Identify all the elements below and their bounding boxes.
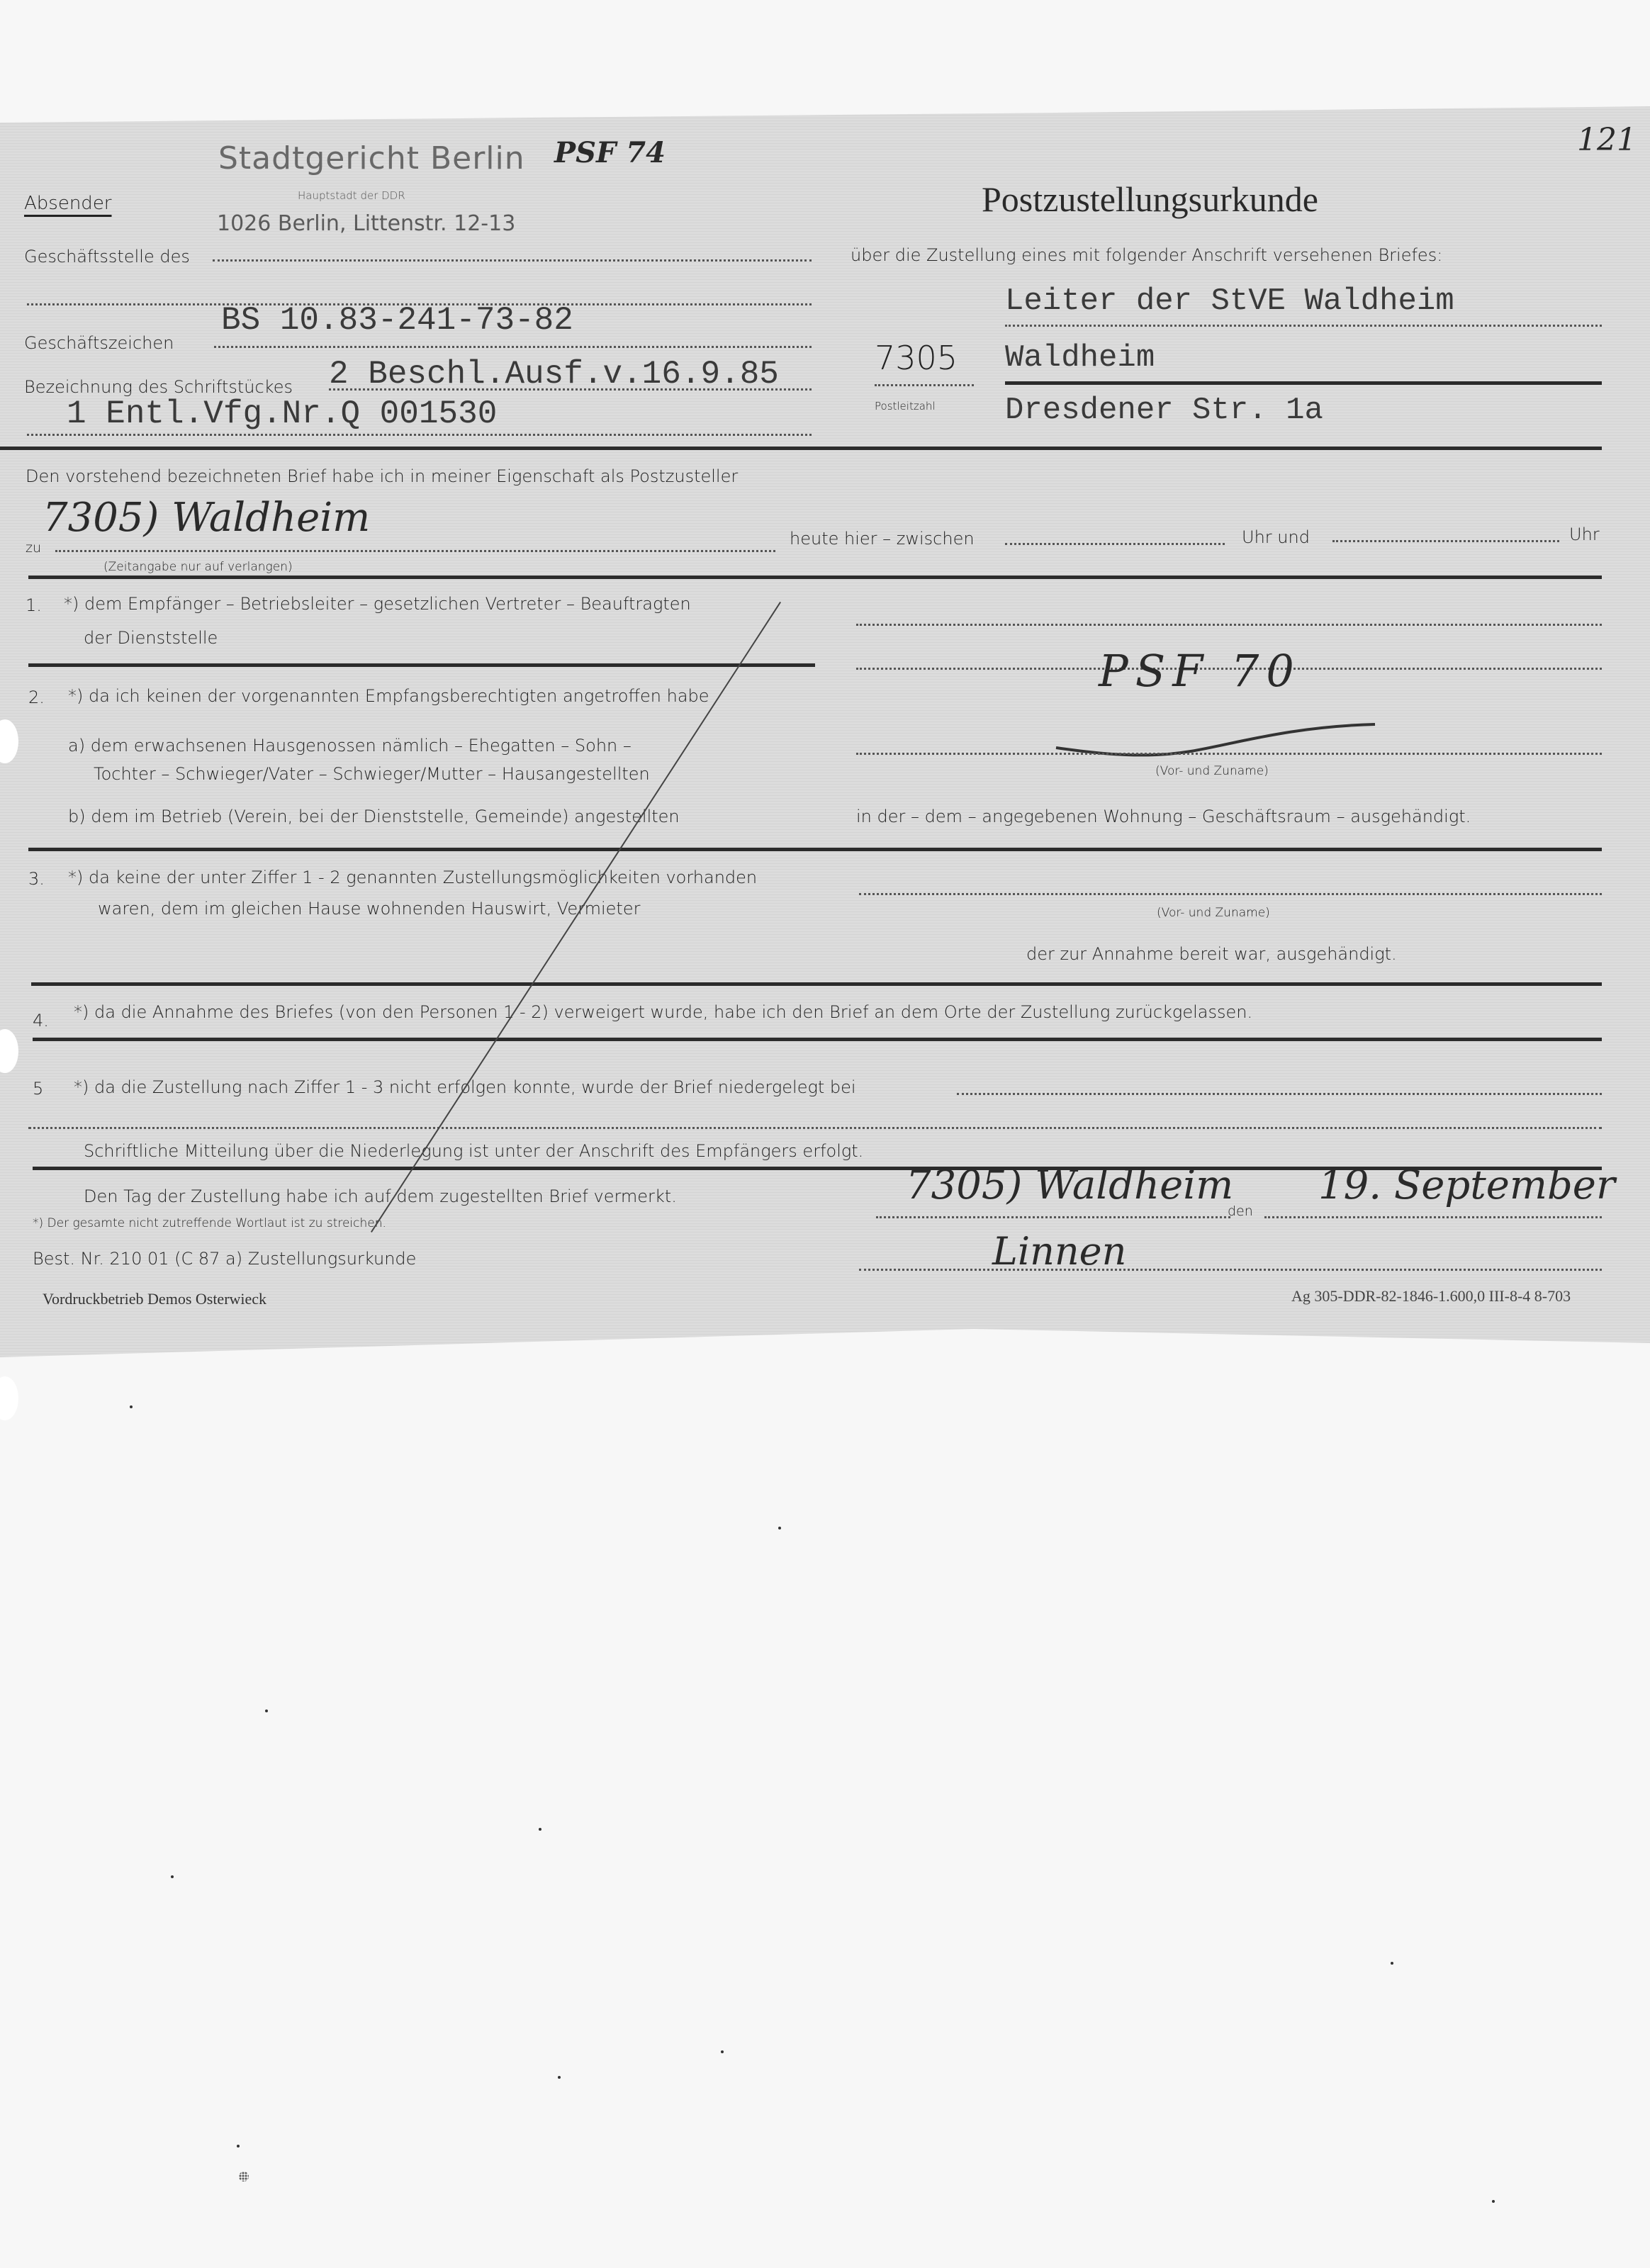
delivery-intro: Den vorstehend bezeichneten Brief habe i… — [26, 466, 738, 486]
time-to-field[interactable] — [1332, 540, 1559, 542]
option-divider — [28, 663, 815, 667]
section-divider — [28, 576, 1602, 579]
signing-date-field — [1264, 1216, 1602, 1218]
section-divider — [28, 848, 1602, 851]
delivery-place-handwritten: 7305) Waldheim — [43, 495, 370, 541]
option-2-number: 2. — [28, 687, 45, 707]
document-designation-line2: 1 Entl.Vfg.Nr.Q 001530 — [67, 395, 497, 432]
reference-label: Geschäftszeichen — [24, 333, 174, 353]
recipient-city: Waldheim — [1005, 340, 1155, 376]
recipient-intro: über die Zustellung eines mit folgender … — [851, 245, 1442, 265]
office-label: Geschäftsstelle des — [24, 247, 190, 266]
signature-field — [859, 1269, 1602, 1271]
sender-stamp-address: 1026 Berlin, Littenstr. 12-13 — [217, 211, 515, 236]
option-2a-text: a) dem erwachsenen Hausgenossen nämlich … — [68, 736, 632, 756]
delivery-place-field — [55, 550, 775, 552]
reference-value: BS 10.83-241-73-82 — [221, 302, 573, 339]
option-5-location-field[interactable] — [957, 1093, 1602, 1095]
punch-hole — [0, 1376, 18, 1420]
signature-handwritten: Linnen — [992, 1229, 1126, 1274]
option-4-text: *) da die Annahme des Briefes (von den P… — [74, 1002, 1252, 1022]
option-2-handed-over: in der – dem – angegebenen Wohnung – Ges… — [856, 807, 1471, 826]
option-3-handed-over: der zur Annahme bereit war, ausgehändigt… — [1026, 944, 1397, 964]
printer: Vordruckbetrieb Demos Osterwieck — [43, 1290, 266, 1308]
time-from-field[interactable] — [1005, 543, 1225, 545]
form-title: Postzustellungsurkunde — [982, 179, 1318, 220]
uhr-label: Uhr — [1569, 524, 1600, 544]
option-3-number: 3. — [28, 869, 45, 889]
time-note: (Zeitangabe nur auf verlangen) — [103, 560, 293, 574]
order-number: Best. Nr. 210 01 (C 87 a) Zustellungsurk… — [33, 1249, 416, 1269]
document-designation-label: Bezeichnung des Schriftstückes — [24, 377, 293, 397]
reference-field — [214, 346, 812, 348]
section-divider — [31, 982, 1602, 986]
day-noted-statement: Den Tag der Zustellung habe ich auf dem … — [84, 1186, 677, 1206]
recipient-name-field — [1005, 325, 1602, 327]
den-label: den — [1228, 1203, 1253, 1219]
today-between-label: heute hier – zwischen — [790, 529, 975, 549]
option-2-text: *) da ich keinen der vorgenannten Empfan… — [68, 686, 709, 706]
signing-place-field — [876, 1216, 1230, 1218]
option-1-number: 1. — [26, 595, 42, 615]
option-1-field[interactable] — [856, 624, 1602, 626]
option-5-location-field-line2[interactable] — [28, 1127, 1602, 1129]
recipient-name: Leiter der StVE Waldheim — [1005, 283, 1454, 319]
postal-code-field — [875, 384, 974, 386]
option-2a-text-line2: Tochter – Schwieger/Vater – Schwieger/Mu… — [94, 764, 650, 784]
print-code: Ag 305-DDR-82-1846-1.600,0 III-8-4 8-703 — [1291, 1287, 1571, 1306]
option-1-text-line2: der Dienststelle — [84, 628, 218, 648]
option-5-notice: Schriftliche Mitteilung über die Niederl… — [84, 1141, 863, 1161]
document-designation-line1: 2 Beschl.Ausf.v.16.9.85 — [329, 356, 779, 393]
option-2-name-handwritten: PSF 70 — [1099, 645, 1301, 697]
handwritten-stroke — [1049, 716, 1389, 758]
option-3-name-caption: (Vor- und Zuname) — [1157, 906, 1270, 920]
office-field — [213, 259, 812, 262]
delivery-certificate-form: 121 Absender Stadtgericht Berlin PSF 74 … — [0, 106, 1650, 1357]
sender-handwritten-note: PSF 74 — [554, 136, 666, 169]
zu-label: zu — [26, 540, 41, 556]
option-2-name-caption: (Vor- und Zuname) — [1155, 764, 1269, 778]
section-divider — [0, 447, 1602, 450]
recipient-street: Dresdener Str. 1a — [1005, 393, 1323, 428]
sender-stamp-name: Stadtgericht Berlin — [218, 140, 525, 176]
option-3-name-field[interactable] — [859, 893, 1602, 895]
uhr-und-label: Uhr und — [1242, 527, 1310, 547]
page-number: 121 — [1577, 122, 1637, 158]
option-4-number: 4. — [33, 1011, 49, 1031]
signing-date-handwritten: 19. September — [1318, 1162, 1615, 1208]
footnote: *) Der gesamte nicht zutreffende Wortlau… — [33, 1216, 386, 1230]
sender-label: Absender — [24, 193, 112, 214]
document-designation-field — [329, 388, 812, 391]
section-divider — [33, 1038, 1602, 1041]
sender-stamp-subtitle: Hauptstadt der DDR — [298, 189, 405, 202]
option-5-number: 5 — [33, 1079, 43, 1099]
option-3-text: *) da keine der unter Ziffer 1 - 2 genan… — [68, 868, 757, 887]
option-1-text: *) dem Empfänger – Betriebsleiter – gese… — [64, 594, 691, 614]
signing-place-handwritten: 7305) Waldheim — [906, 1162, 1233, 1208]
recipient-city-rule — [1005, 381, 1602, 385]
postal-code-label: Postleitzahl — [875, 400, 936, 412]
postal-code: 7305 — [875, 339, 958, 377]
option-3-text-line2: waren, dem im gleichen Hause wohnenden H… — [98, 899, 640, 919]
option-2b-text: b) dem im Betrieb (Verein, bei der Diens… — [68, 807, 680, 826]
document-designation-field-line2 — [27, 434, 812, 436]
option-2-name-field-line2[interactable] — [856, 753, 1602, 755]
